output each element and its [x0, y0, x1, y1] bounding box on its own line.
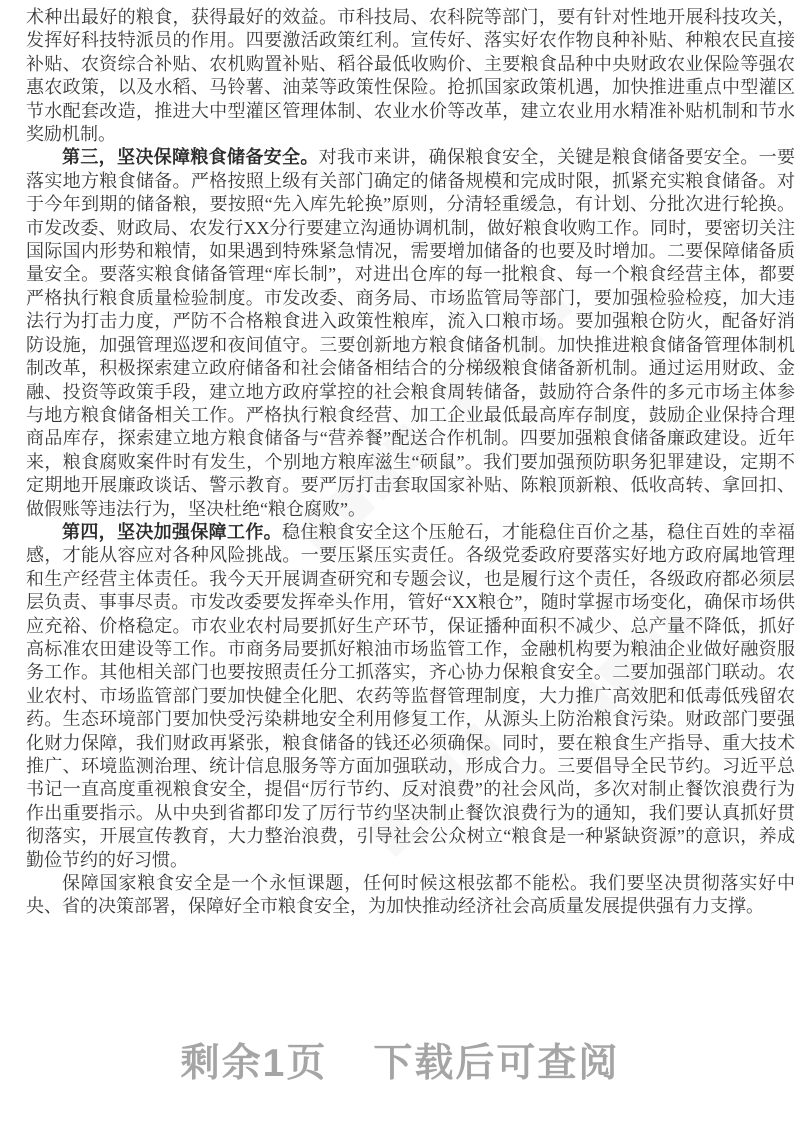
- document-content: 术种出最好的粮食，获得最好的效益。市科技局、农科院等部门，要有针对性地开展科技攻…: [26, 6, 795, 919]
- download-notice-label: 下载后可查阅: [373, 1042, 619, 1085]
- paragraph-heading: 第三，坚决保障粮食储备安全。: [62, 147, 319, 167]
- document-page: 术种出最好的粮食，获得最好的效益。市科技局、农科院等部门，要有针对性地开展科技攻…: [0, 0, 800, 1135]
- paragraph: 第四，坚决加强保障工作。稳住粮食安全这个压舱石，才能稳住百价之基，稳住百姓的幸福…: [26, 521, 795, 872]
- paragraph-text: 术种出最好的粮食，获得最好的效益。市科技局、农科院等部门，要有针对性地开展科技攻…: [26, 7, 795, 144]
- paragraph: 保障国家粮食安全是一个永恒课题，任何时候这根弦都不能松。我们要坚决贯彻落实好中央…: [26, 872, 795, 919]
- paragraph: 第三，坚决保障粮食储备安全。对我市来讲，确保粮食安全，关键是粮食储备要安全。一要…: [26, 146, 795, 521]
- paragraph-text: 对我市来讲，确保粮食安全，关键是粮食储备要安全。一要落实地方粮食储备。严格按照上…: [26, 147, 795, 518]
- pages-remaining-label: 剩余1页: [181, 1042, 328, 1085]
- paragraph-text: 稳住粮食安全这个压舱石，才能稳住百价之基，稳住百姓的幸福感，才能从容应对各种风险…: [26, 522, 795, 870]
- paragraph-text: 保障国家粮食安全是一个永恒课题，任何时候这根弦都不能松。我们要坚决贯彻落实好中央…: [26, 873, 795, 916]
- preview-footer: 剩余1页下载后可查阅: [0, 1032, 800, 1088]
- paragraph: 术种出最好的粮食，获得最好的效益。市科技局、农科院等部门，要有针对性地开展科技攻…: [26, 6, 795, 146]
- paragraph-heading: 第四，坚决加强保障工作。: [62, 522, 282, 542]
